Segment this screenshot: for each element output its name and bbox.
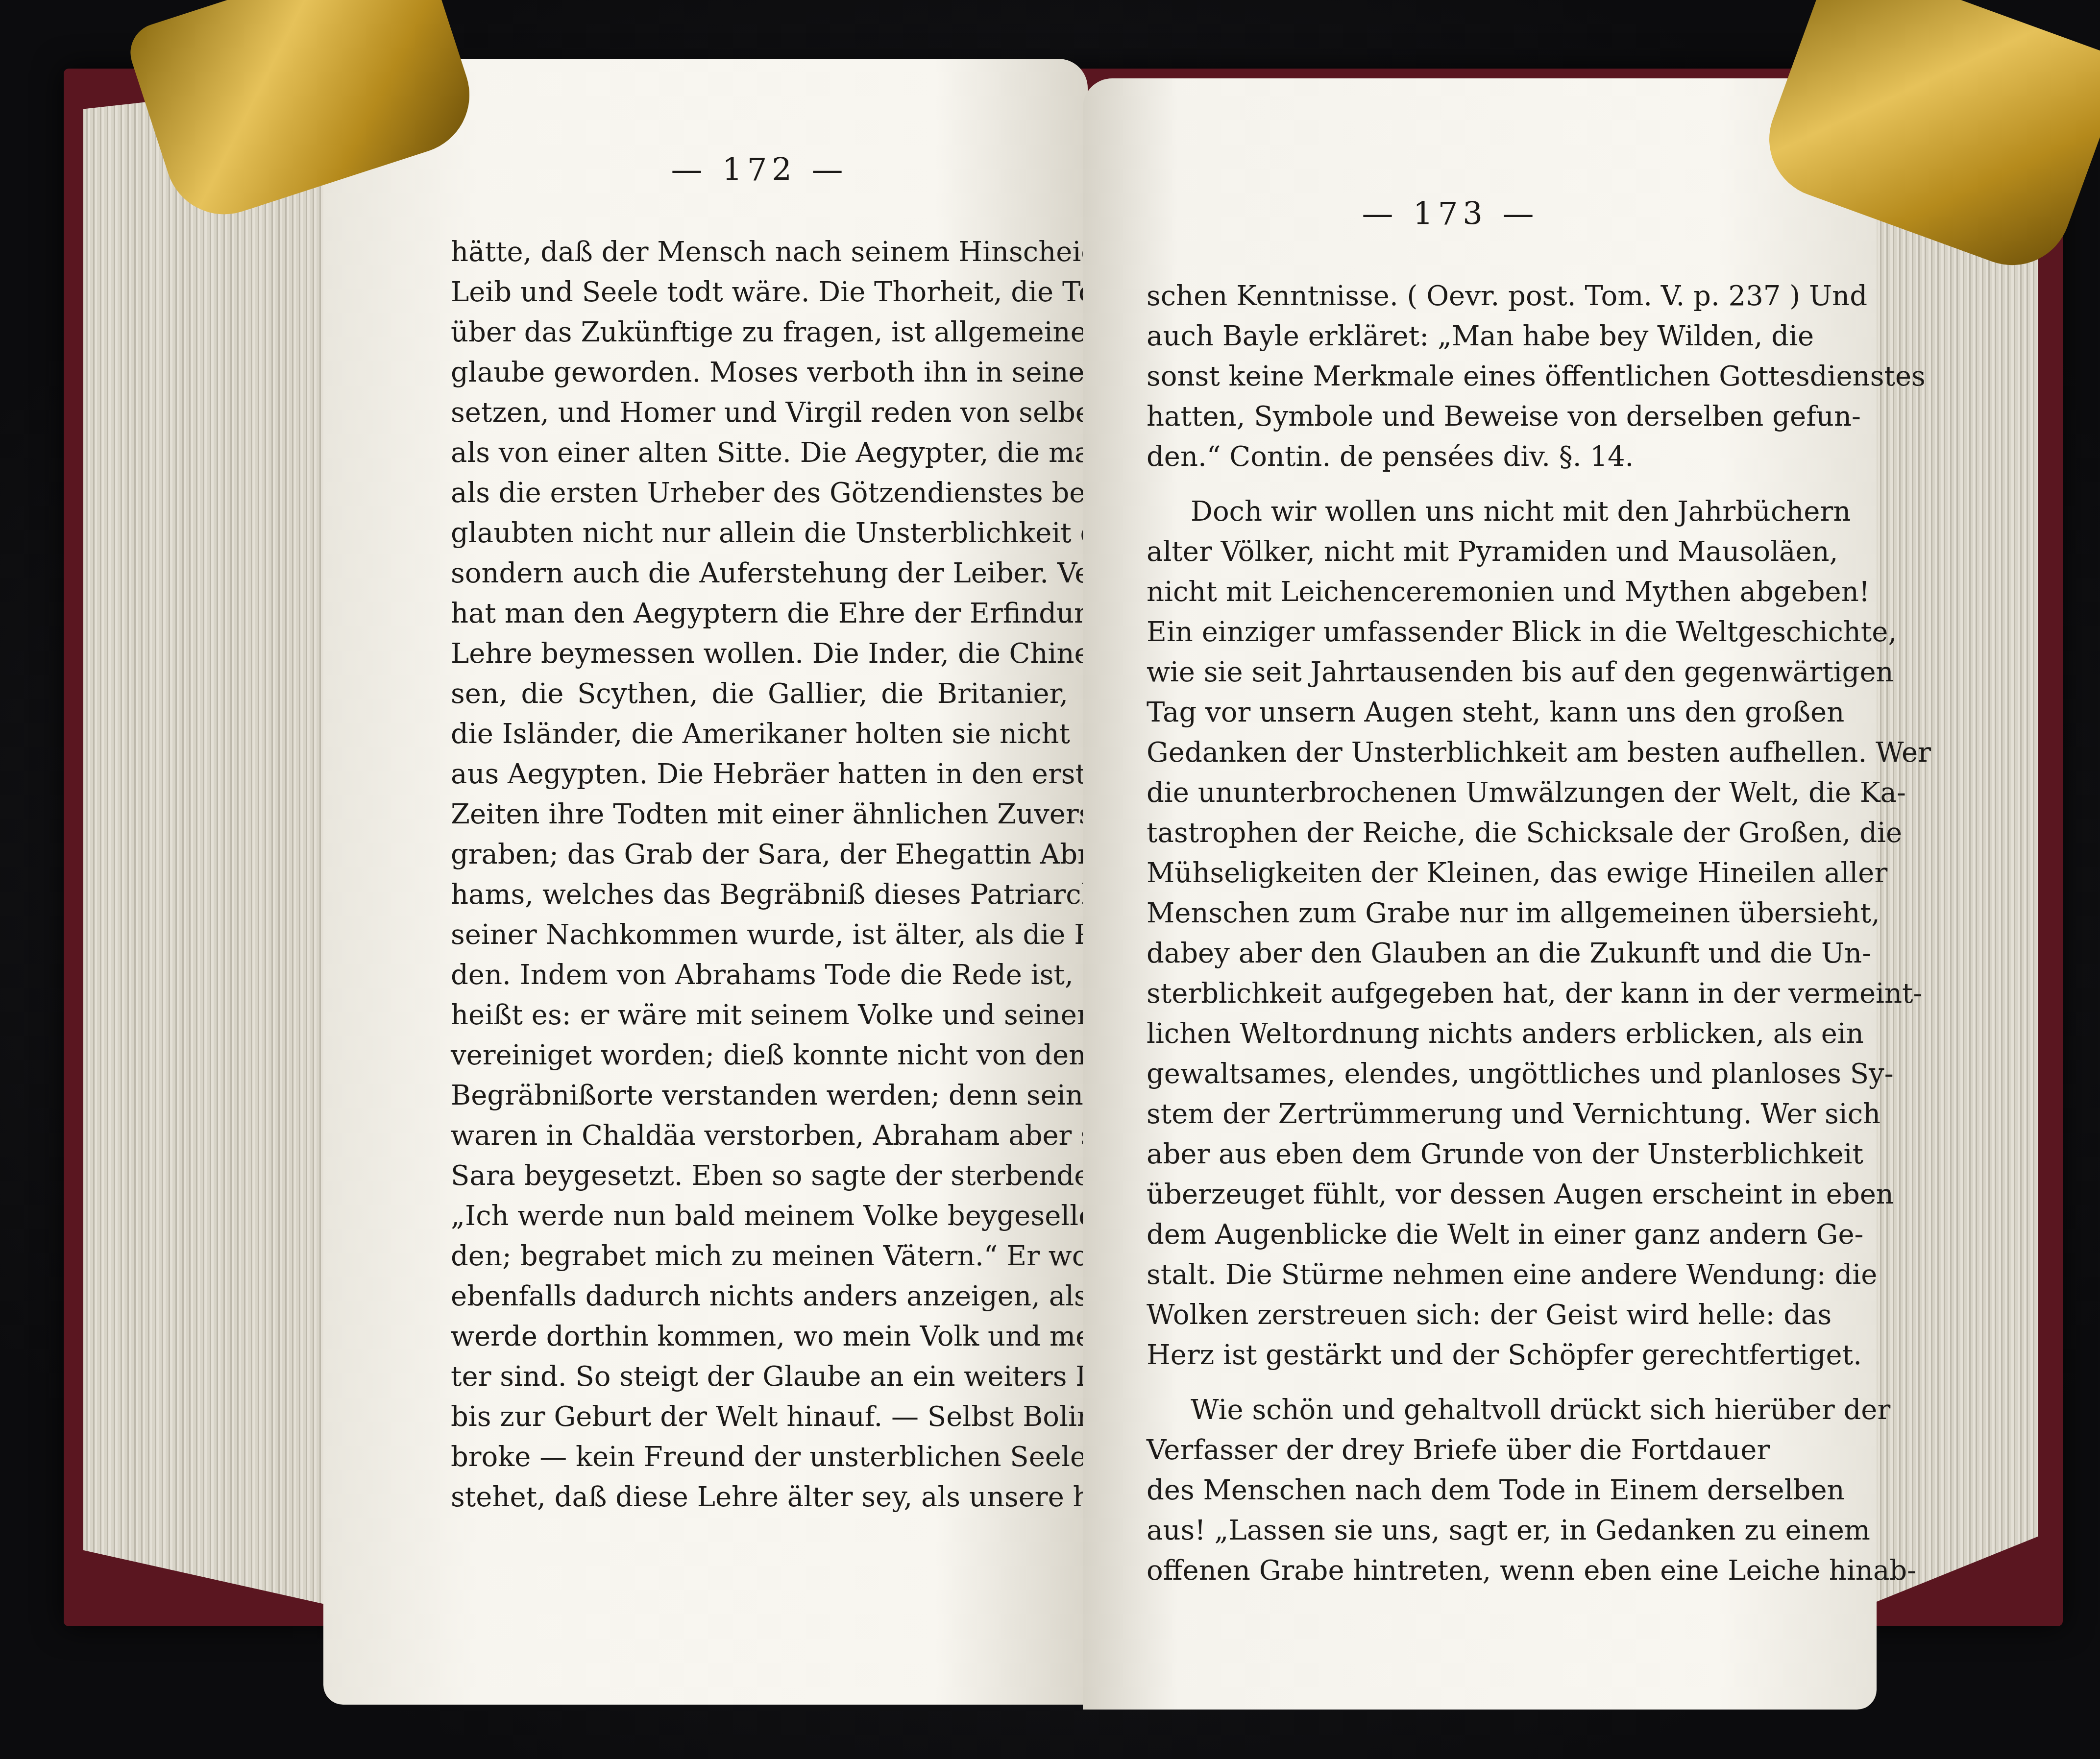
- text-line: aus! „Lassen sie uns, sagt er, in Gedank…: [1147, 1511, 1754, 1551]
- text-line: hat man den Aegyptern die Ehre der Erfin…: [451, 594, 1068, 634]
- text-line: hätte, daß der Mensch nach seinem Hinsch…: [451, 232, 1068, 272]
- text-line: wie sie seit Jahrtausenden bis auf den g…: [1147, 652, 1754, 693]
- text-line: Ein einziger umfassender Blick in die We…: [1147, 612, 1754, 652]
- text-line: sterblichkeit aufgegeben hat, der kann i…: [1147, 974, 1754, 1014]
- text-line: die ununterbrochenen Umwälzungen der Wel…: [1147, 773, 1754, 813]
- text-line: vereiniget worden; dieß konnte nicht von…: [451, 1036, 1068, 1076]
- text-line: graben; das Grab der Sara, der Ehegattin…: [451, 835, 1068, 875]
- text-line: Gedanken der Unsterblichkeit am besten a…: [1147, 733, 1754, 773]
- text-line: Wolken zerstreuen sich: der Geist wird h…: [1147, 1295, 1754, 1335]
- text-line: ter sind. So steigt der Glaube an ein we…: [451, 1357, 1068, 1397]
- text-line: die Isländer, die Amerikaner holten sie …: [451, 714, 1068, 754]
- text-line: Verfasser der drey Briefe über die Fortd…: [1147, 1430, 1754, 1470]
- page-number: — 172 —: [451, 152, 1068, 188]
- text-line: offenen Grabe hintreten, wenn eben eine …: [1147, 1551, 1754, 1591]
- text-line: als von einer alten Sitte. Die Aegypter,…: [451, 433, 1068, 473]
- page-number: — 173 —: [1147, 196, 1754, 232]
- text-line: des Menschen nach dem Tode in Einem ders…: [1147, 1470, 1754, 1511]
- right-page: — 173 — schen Kenntnisse. ( Oevr. post. …: [1083, 78, 1877, 1710]
- text-line: hams, welches das Begräbniß dieses Patri…: [451, 875, 1068, 915]
- text-line: glaubten nicht nur allein die Unsterblic…: [451, 513, 1068, 554]
- text-line: den. Indem von Abrahams Tode die Rede is…: [451, 955, 1068, 995]
- text-line: Begräbnißorte verstanden werden; denn se…: [451, 1076, 1068, 1116]
- text-line: den.“ Contin. de pensées div. §. 14.: [1147, 437, 1754, 477]
- text-line: Zeiten ihre Todten mit einer ähnlichen Z…: [451, 795, 1068, 835]
- text-line: Herz ist gestärkt und der Schöpfer gerec…: [1147, 1335, 1754, 1375]
- text-line: „Ich werde nun bald meinem Volke beygese…: [451, 1196, 1068, 1236]
- text-line: ebenfalls dadurch nichts anders anzeigen…: [451, 1277, 1068, 1317]
- text-line: Lehre beymessen wollen. Die Inder, die C…: [451, 634, 1068, 674]
- text-line: stem der Zertrümmerung und Vernichtung. …: [1147, 1094, 1754, 1134]
- text-line: seiner Nachkommen wurde, ist älter, als …: [451, 915, 1068, 955]
- text-line: auch Bayle erkläret: „Man habe bey Wilde…: [1147, 316, 1754, 357]
- text-line: aber aus eben dem Grunde von der Unsterb…: [1147, 1134, 1754, 1175]
- text-line: Leib und Seele todt wäre. Die Thorheit, …: [451, 272, 1068, 313]
- text-line: alter Völker, nicht mit Pyramiden und Ma…: [1147, 532, 1754, 572]
- text-line: sondern auch die Auferstehung der Leiber…: [451, 554, 1068, 594]
- text-line: Menschen zum Grabe nur im allgemeinen üb…: [1147, 893, 1754, 934]
- text-line: Doch wir wollen uns nicht mit den Jahrbü…: [1147, 492, 1754, 532]
- text-line: bis zur Geburt der Welt hinauf. — Selbst…: [451, 1397, 1068, 1437]
- text-line: gewaltsames, elendes, ungöttliches und p…: [1147, 1054, 1754, 1094]
- text-line: aus Aegypten. Die Hebräer hatten in den …: [451, 754, 1068, 795]
- page-edges-left: [83, 78, 358, 1612]
- paragraph-gap: [1147, 1375, 1754, 1390]
- text-line: den; begrabet mich zu meinen Vätern.“ Er…: [451, 1236, 1068, 1277]
- text-line: werde dorthin kommen, wo mein Volk und m…: [451, 1317, 1068, 1357]
- right-page-text: schen Kenntnisse. ( Oevr. post. Tom. V. …: [1147, 276, 1754, 1591]
- text-line: glaube geworden. Moses verboth ihn in se…: [451, 353, 1068, 393]
- text-line: heißt es: er wäre mit seinem Volke und s…: [451, 995, 1068, 1036]
- text-line: Wie schön und gehaltvoll drückt sich hie…: [1147, 1390, 1754, 1430]
- text-line: nicht mit Leichenceremonien und Mythen a…: [1147, 572, 1754, 612]
- text-line: lichen Weltordnung nichts anders erblick…: [1147, 1014, 1754, 1054]
- text-line: setzen, und Homer und Virgil reden von s…: [451, 393, 1068, 433]
- text-line: Mühseligkeiten der Kleinen, das ewige Hi…: [1147, 853, 1754, 893]
- text-line: Tag vor unsern Augen steht, kann uns den…: [1147, 693, 1754, 733]
- left-page-text: hätte, daß der Mensch nach seinem Hinsch…: [451, 232, 1068, 1518]
- text-line: stehet, daß diese Lehre älter sey, als u…: [451, 1477, 1068, 1518]
- text-line: als die ersten Urheber des Götzendienste…: [451, 473, 1068, 513]
- text-line: sonst keine Merkmale eines öffentlichen …: [1147, 357, 1754, 397]
- text-line: überzeuget fühlt, vor dessen Augen ersch…: [1147, 1175, 1754, 1215]
- text-line: schen Kenntnisse. ( Oevr. post. Tom. V. …: [1147, 276, 1754, 316]
- text-line: dabey aber den Glauben an die Zukunft un…: [1147, 934, 1754, 974]
- paragraph-gap: [1147, 477, 1754, 492]
- text-line: über das Zukünftige zu fragen, ist allge…: [451, 313, 1068, 353]
- text-line: waren in Chaldäa verstorben, Abraham abe…: [451, 1116, 1068, 1156]
- text-line: hatten, Symbole und Beweise von derselbe…: [1147, 397, 1754, 437]
- text-line: broke — kein Freund der unsterblichen Se…: [451, 1437, 1068, 1477]
- text-line: stalt. Die Stürme nehmen eine andere Wen…: [1147, 1255, 1754, 1295]
- text-line: Sara beygesetzt. Eben so sagte der sterb…: [451, 1156, 1068, 1196]
- text-line: dem Augenblicke die Welt in einer ganz a…: [1147, 1215, 1754, 1255]
- left-page: — 172 — hätte, daß der Mensch nach seine…: [323, 59, 1088, 1705]
- text-line: sen, die Scythen, die Gallier, die Brita…: [451, 674, 1068, 714]
- text-line: tastrophen der Reiche, die Schicksale de…: [1147, 813, 1754, 853]
